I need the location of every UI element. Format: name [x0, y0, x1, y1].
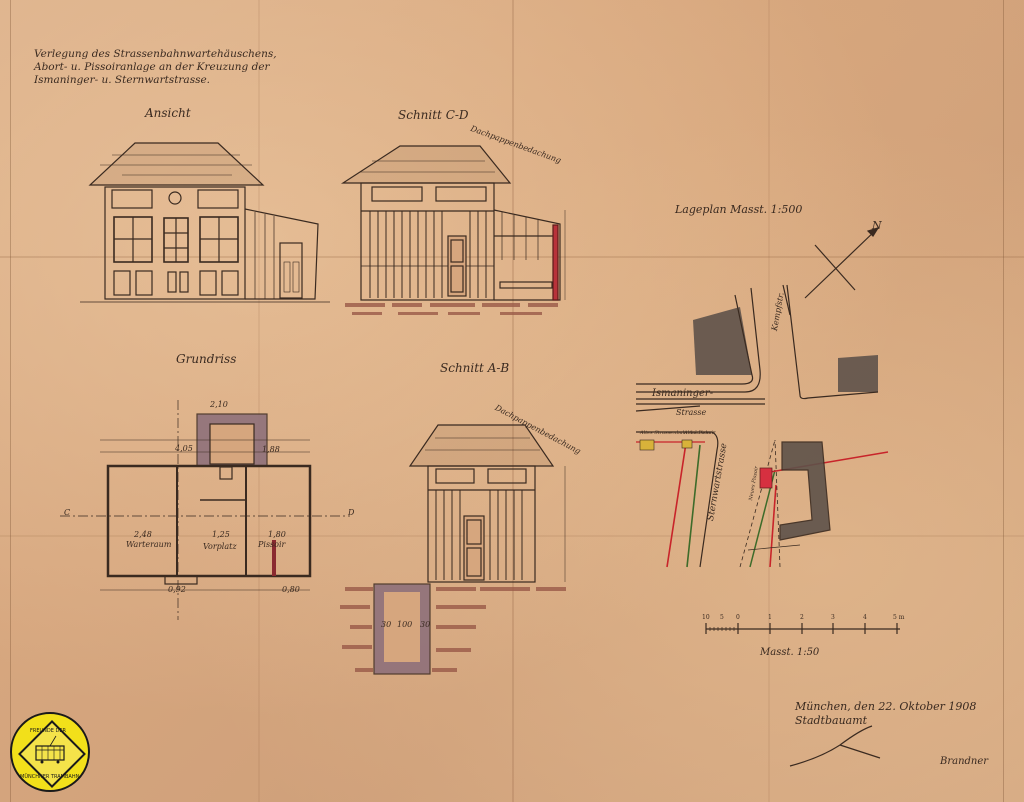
dimension-label: 0,80	[282, 585, 300, 594]
pit-dimension: 100	[397, 620, 412, 629]
signature-stroke	[790, 726, 880, 766]
dimension-label: 1,25	[212, 530, 230, 539]
pit-dimension: 30	[381, 620, 391, 629]
scale-tick: 2	[800, 614, 804, 621]
street-label: Ismaninger-	[652, 388, 713, 399]
dimension-label: 4,05	[175, 444, 193, 453]
scale-tick: 5	[720, 614, 724, 621]
scale-bar-graphic	[706, 623, 900, 634]
schnitt-cd-section	[343, 146, 565, 300]
dimension-label: 2,48	[134, 530, 152, 539]
tram-icon	[12, 714, 88, 790]
signature-name: Brandner	[940, 756, 988, 767]
room-label: Pissoir	[258, 540, 285, 549]
scale-label: Masst. 1:50	[760, 647, 819, 658]
section-mark: D	[348, 508, 354, 517]
dimension-label: 1,80	[268, 530, 286, 539]
dimension-label: 0,92	[168, 585, 186, 594]
north-label: N	[872, 219, 882, 232]
room-label: Warteraum	[126, 540, 171, 549]
scale-tick: 10	[702, 614, 710, 621]
drawing-sheet: Verlegung des Strassenbahnwartehäuschens…	[0, 0, 1024, 802]
section-mark: C	[64, 508, 70, 517]
pit-dimension: 30	[420, 620, 430, 629]
foundation-masonry	[345, 303, 558, 315]
street-label: Strasse	[676, 408, 706, 417]
dimension-label: 1,88	[262, 445, 280, 454]
scale-tick: 0	[736, 614, 740, 621]
scale-tick: 3	[831, 614, 835, 621]
grundriss-floor-plan	[60, 400, 350, 620]
schnitt-ab-section	[374, 425, 565, 674]
issuing-office: Stadtbauamt	[795, 714, 867, 727]
scale-tick: 5 m	[893, 614, 904, 621]
dimension-label: 2,10	[210, 400, 228, 409]
site-annotation: Altes Pissoir	[684, 430, 715, 436]
scale-tick: 1	[768, 614, 772, 621]
scale-tick: 4	[863, 614, 867, 621]
tram-club-logo: FREUNDE DER MÜNCHNER TRAMBAHN	[10, 712, 90, 792]
drawing-svg	[0, 0, 1024, 802]
room-label: Vorplatz	[203, 542, 237, 551]
place-date: München, den 22. Oktober 1908	[795, 700, 976, 713]
ansicht-elevation	[80, 143, 330, 302]
